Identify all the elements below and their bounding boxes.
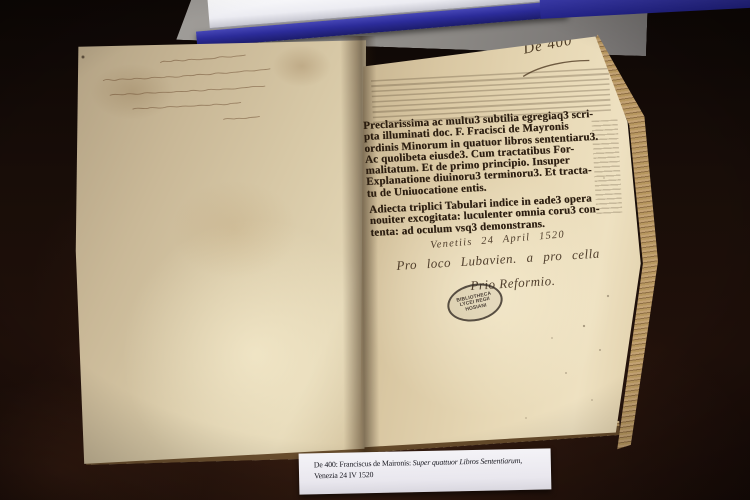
- library-stamp-text: BIBLIOTHECA LYCEI REGII HOSIANI: [453, 290, 498, 314]
- label-line1-title-italic: Super quattuor Libros Sententiarum,: [413, 456, 522, 467]
- right-page-title: De 400 Preclarissima ac multu3 subtilia …: [356, 28, 648, 456]
- exhibit-label: De 400: Franciscus de Maironis: Super qu…: [299, 448, 552, 494]
- label-line1-regular: De 400: Franciscus de Maironis:: [314, 458, 413, 469]
- printed-title-paragraph: Preclarissima ac multu3 subtilia egregia…: [363, 109, 601, 200]
- left-page: [74, 36, 366, 466]
- book-gutter-shadow: [340, 36, 380, 454]
- photo-of-open-book: De 400 Preclarissima ac multu3 subtilia …: [0, 0, 750, 500]
- printed-index-paragraph: Adiecta triplici Tabulari indice in eade…: [369, 193, 600, 239]
- handwritten-provenance-line1: Pro loco Lubavien. a pro cella: [396, 246, 600, 274]
- handwritten-inscription: [98, 44, 322, 135]
